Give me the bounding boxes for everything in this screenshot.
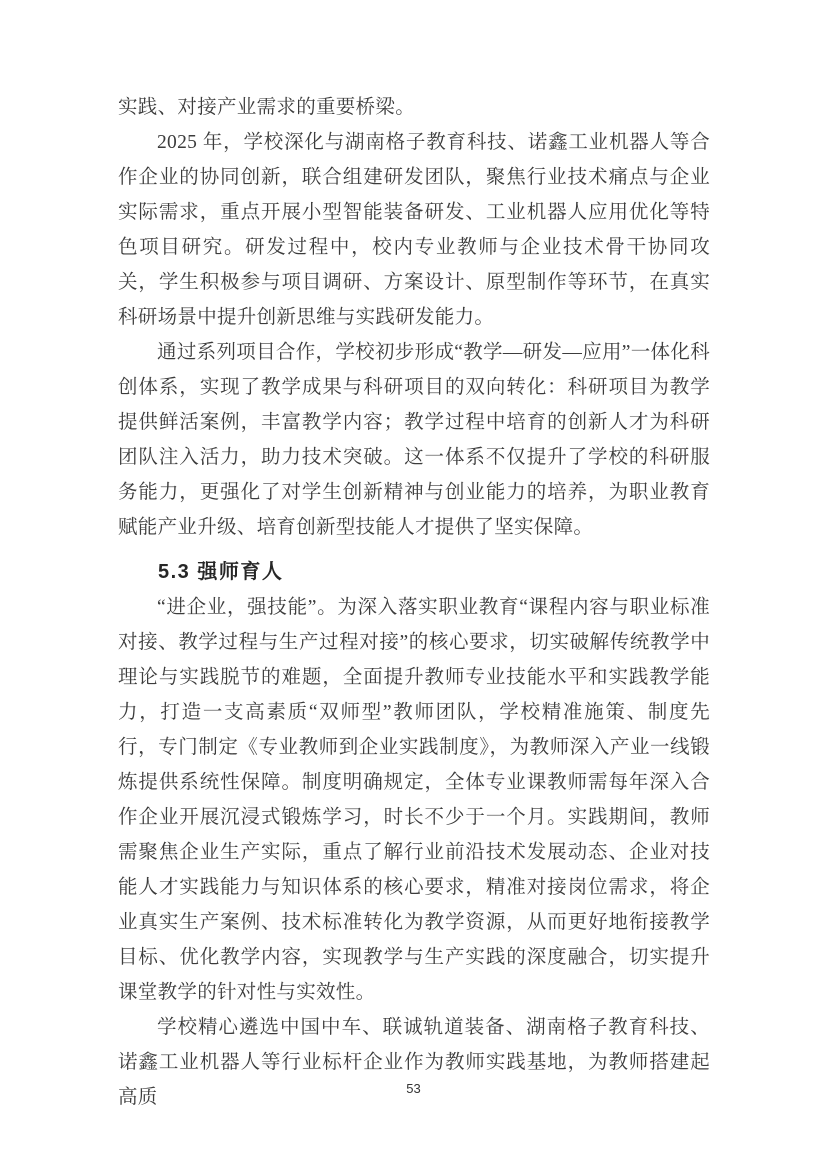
paragraph-teaching-rd-application: 通过系列项目合作，学校初步形成“教学—研发—应用”一体化科创体系，实现了教学成果… — [118, 335, 710, 545]
paragraph-practice-bases: 学校精心遴选中国中车、联诚轨道装备、湖南格子教育科技、诺鑫工业机器人等行业标杆企… — [118, 1010, 710, 1115]
paragraph-continuation: 实践、对接产业需求的重要桥梁。 — [118, 90, 710, 125]
page-footer: 53 — [0, 1080, 827, 1098]
document-body: 实践、对接产业需求的重要桥梁。 2025 年，学校深化与湖南格子教育科技、诺鑫工… — [118, 90, 710, 1115]
section-heading-5-3: 5.3 强师育人 — [118, 555, 710, 590]
paragraph-projects-2025: 2025 年，学校深化与湖南格子教育科技、诺鑫工业机器人等合作企业的协同创新，联… — [118, 125, 710, 335]
paragraph-enter-enterprise: “进企业，强技能”。为深入落实职业教育“课程内容与职业标准对接、教学过程与生产过… — [118, 590, 710, 1010]
document-page: 实践、对接产业需求的重要桥梁。 2025 年，学校深化与湖南格子教育科技、诺鑫工… — [0, 0, 827, 1169]
page-number: 53 — [406, 1081, 420, 1096]
